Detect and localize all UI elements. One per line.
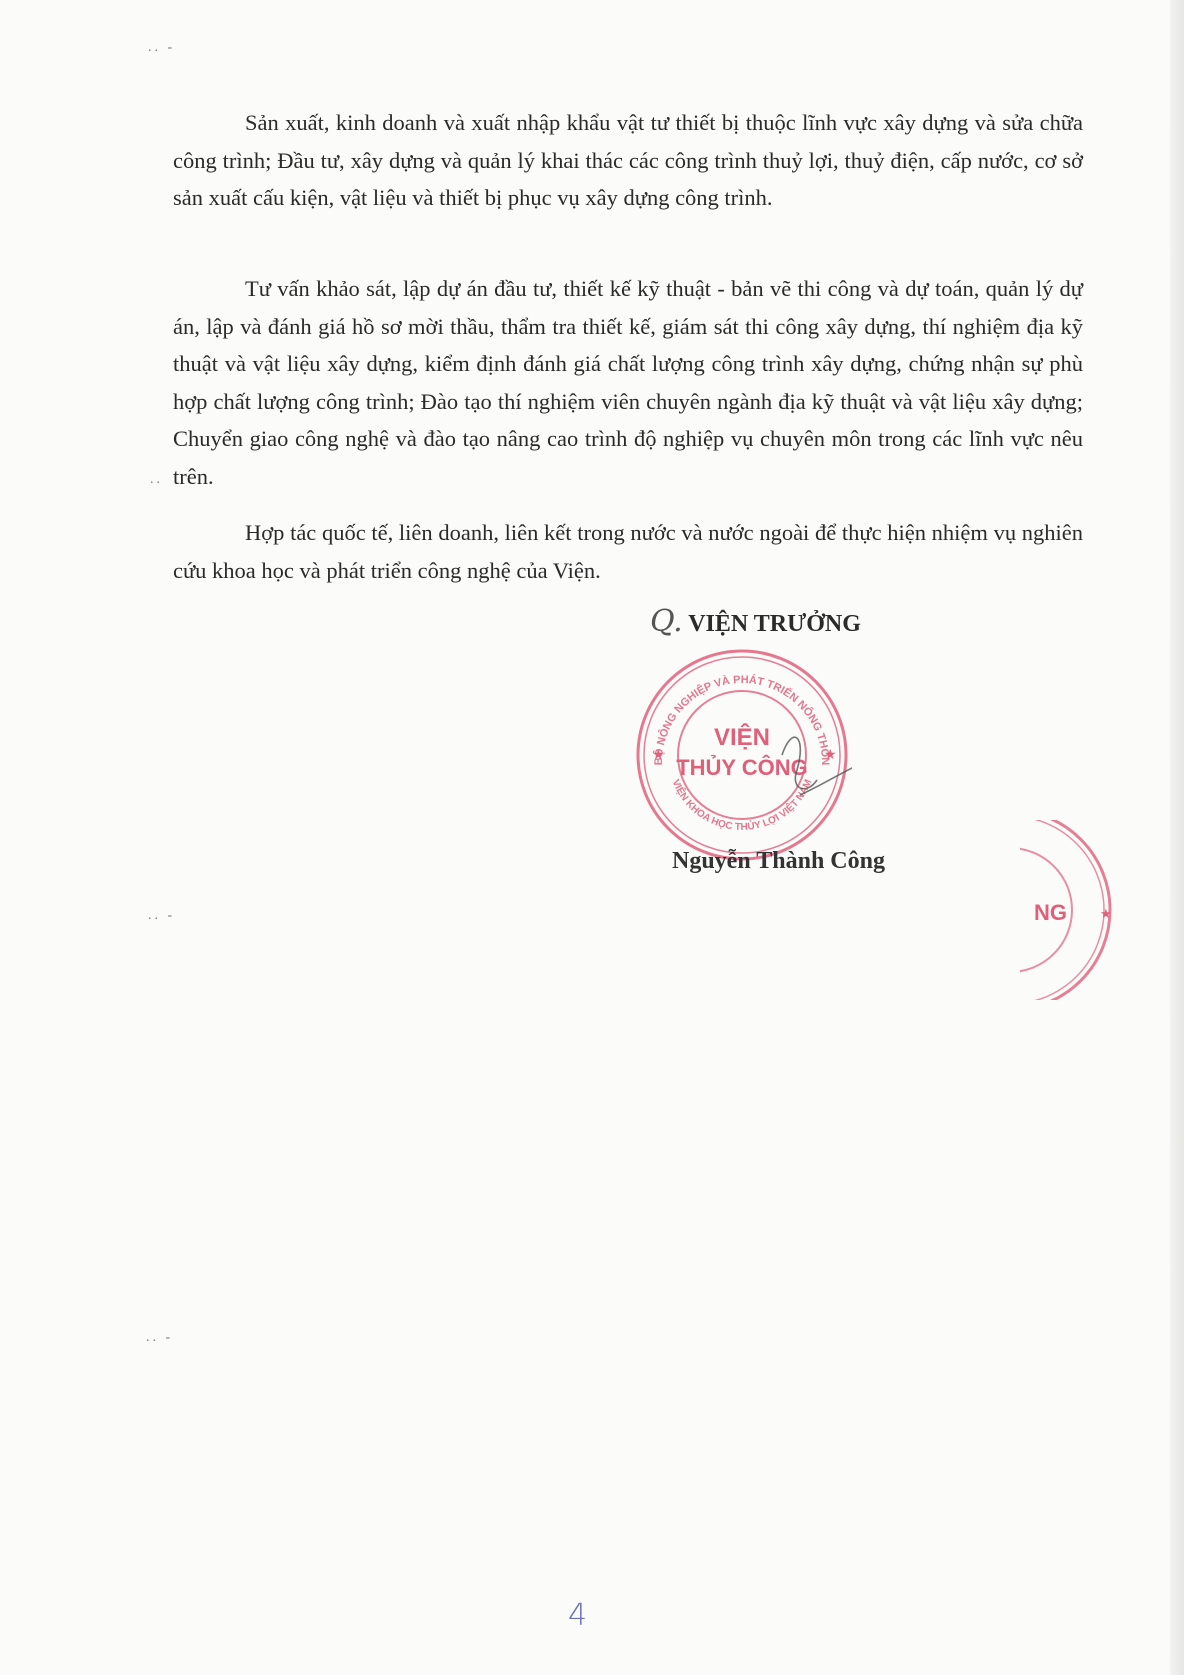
scan-mark: .. - <box>148 908 175 924</box>
official-stamp-icon: BỘ NÔNG NGHIỆP VÀ PHÁT TRIỂN NÔNG THÔN V… <box>632 645 852 865</box>
paragraph-consulting: Tư vấn khảo sát, lập dự án đầu tư, thiết… <box>173 270 1083 495</box>
paragraph-production: Sản xuất, kinh doanh và xuất nhập khẩu v… <box>173 104 1083 217</box>
document-page: .. - .. - .. - .. Sản xuất, kinh doanh v… <box>0 0 1184 1675</box>
page-number: 4 <box>568 1598 587 1633</box>
svg-text:VIỆN: VIỆN <box>714 723 770 751</box>
svg-text:★: ★ <box>824 748 837 763</box>
paragraph-text: Sản xuất, kinh doanh và xuất nhập khẩu v… <box>173 110 1083 210</box>
scan-mark: .. <box>150 472 163 488</box>
paragraph-text: Hợp tác quốc tế, liên doanh, liên kết tr… <box>173 520 1083 583</box>
svg-text:★: ★ <box>1100 906 1112 921</box>
acting-prefix: Q. <box>650 604 683 639</box>
signatory-name: Nguyễn Thành Công <box>672 848 885 875</box>
signatory-role: VIỆN TRƯỞNG <box>688 611 861 637</box>
scan-mark: .. - <box>148 40 175 56</box>
scan-mark: .. - <box>146 1330 173 1346</box>
paragraph-text: Tư vấn khảo sát, lập dự án đầu tư, thiết… <box>173 276 1083 489</box>
svg-text:THỦY CÔNG: THỦY CÔNG <box>676 755 808 780</box>
svg-text:VIỆN KHOA HỌC THỦY LỢI VIỆT NA: VIỆN KHOA HỌC THỦY LỢI VIỆT NAM <box>670 778 815 833</box>
svg-text:NG: NG <box>1034 900 1067 925</box>
signatory-title: Q. VIỆN TRƯỞNG <box>650 604 861 639</box>
scan-edge <box>1170 0 1184 1675</box>
paragraph-cooperation: Hợp tác quốc tế, liên doanh, liên kết tr… <box>173 514 1083 589</box>
partial-stamp-icon: NG ★ <box>1020 820 1170 1000</box>
svg-text:★: ★ <box>652 748 665 763</box>
